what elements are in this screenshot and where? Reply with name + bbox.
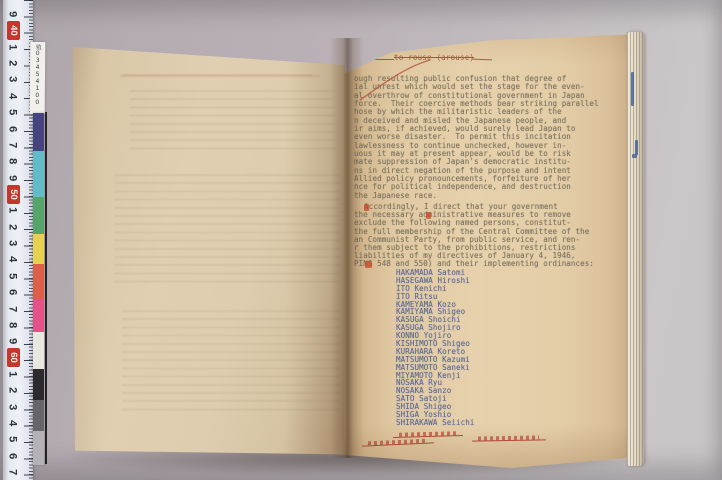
red-struck-annotation — [362, 442, 434, 446]
blue-edge-mark — [632, 154, 637, 158]
ruler-number: 60 — [7, 348, 20, 367]
blue-edge-mark — [631, 72, 634, 106]
color-chip — [33, 151, 44, 197]
faint-red-smudge — [120, 75, 320, 77]
red-correction-mark — [426, 212, 431, 219]
archive-label: 殖03454100 — [30, 42, 46, 114]
color-chip — [33, 264, 44, 299]
ruler-number: 4 — [4, 251, 20, 268]
color-chip — [33, 431, 44, 465]
paragraph-2: Accordingly, I direct that your governme… — [354, 203, 594, 269]
ruler-number: 8 — [4, 153, 20, 170]
book-scan-photo: 94012345678950123456789601234567 殖034541… — [0, 0, 722, 480]
color-chip — [33, 113, 44, 151]
book-gutter — [330, 38, 364, 458]
ruler-number: 4 — [4, 87, 20, 104]
ruler-number: 5 — [4, 104, 20, 121]
red-strikethrough-tail — [472, 59, 492, 61]
color-bar-edge-line — [45, 112, 47, 464]
ruler-number: 2 — [4, 55, 20, 72]
ruler-number: 2 — [4, 382, 20, 399]
page-edge-stack — [627, 32, 644, 466]
red-correction-mark — [364, 204, 369, 211]
color-chip — [33, 299, 44, 332]
color-chip — [33, 332, 44, 369]
red-struck-annotation — [393, 435, 463, 438]
ruler-number: 8 — [4, 317, 20, 334]
ruler-number: 3 — [4, 71, 20, 88]
color-chip — [33, 369, 44, 400]
ruler-number: 5 — [4, 267, 20, 284]
archive-label-text: 殖03454100 — [33, 44, 43, 114]
purged-person-name: SHIRAKAWA Seiichi — [396, 419, 474, 427]
ruler-numbers: 94012345678950123456789601234567 — [4, 6, 23, 480]
ruler-number: 9 — [4, 169, 20, 186]
blue-edge-mark — [635, 140, 638, 155]
ruler-number: 3 — [4, 235, 20, 252]
ruler-number: 40 — [7, 21, 20, 40]
color-calibration-bar — [33, 113, 44, 465]
ruler-number: 6 — [4, 120, 20, 137]
color-chip — [33, 197, 44, 234]
typed-line: the Japanese race. — [354, 192, 599, 200]
color-chip — [33, 234, 44, 264]
right-page: to rouse (arouse) ough resulting public … — [344, 30, 632, 468]
ruler-number: 7 — [4, 464, 20, 480]
ruler-number: 4 — [4, 415, 20, 432]
ruler-number: 6 — [4, 447, 20, 464]
ruler-number: 7 — [4, 300, 20, 317]
left-page — [70, 42, 346, 456]
ruler-number: 6 — [4, 284, 20, 301]
red-correction-mark — [365, 261, 372, 268]
typed-line: PINS 548 and 550) and their implementing… — [354, 260, 594, 268]
red-pencil-mark — [356, 56, 434, 104]
bleedthrough-text — [70, 42, 346, 456]
red-struck-annotation — [472, 439, 546, 441]
ruler: 94012345678950123456789601234567 — [3, 0, 33, 480]
ruler-number: 5 — [4, 431, 20, 448]
ruler-number: 1 — [4, 202, 20, 219]
ruler-number: 3 — [4, 398, 20, 415]
ruler-number: 7 — [4, 137, 20, 154]
struck-header-text: to rouse (arouse) — [394, 53, 474, 62]
purge-name-list: HAKAMADA SatomiHASEGAWA HiroshiITO Kenic… — [396, 269, 474, 427]
ruler-number: 1 — [4, 366, 20, 383]
ruler-number: 2 — [4, 218, 20, 235]
color-chip — [33, 400, 44, 431]
ruler-number: 1 — [4, 38, 20, 55]
